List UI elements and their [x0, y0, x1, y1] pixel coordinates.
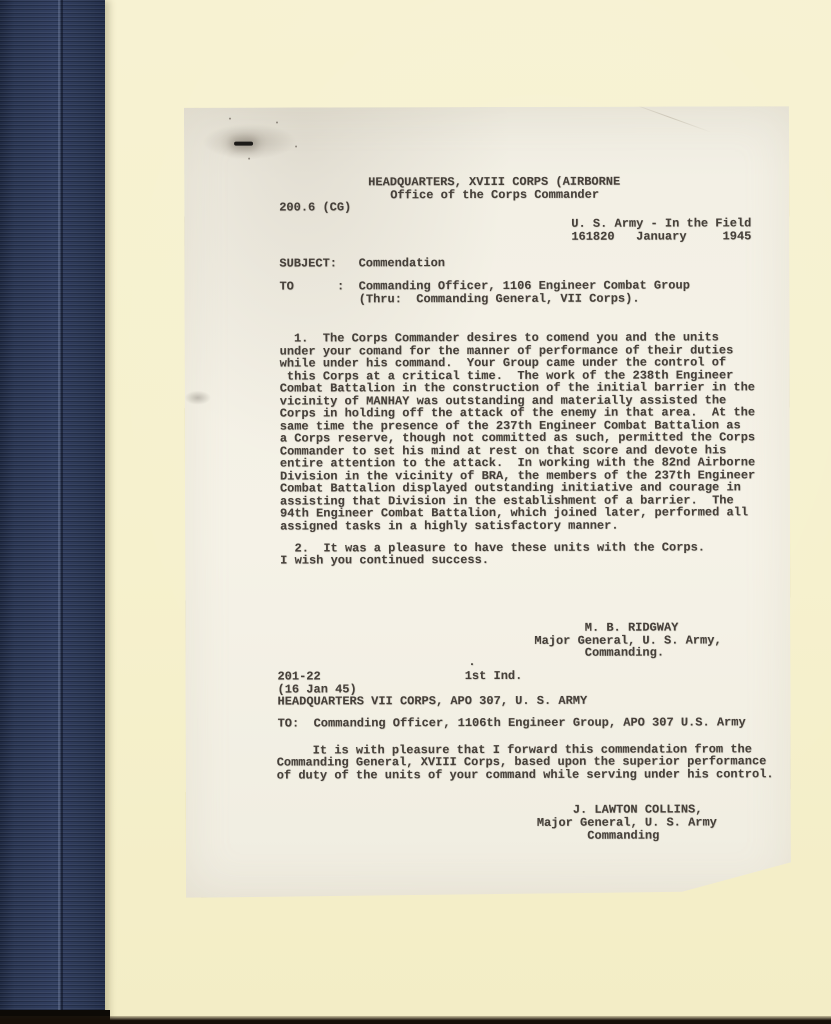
indorsement-to-line: TO: Commanding Officer, 1106th Engineer … [278, 716, 746, 730]
file-number: 200.6 (CG) [279, 201, 351, 214]
signature-block-collins: J. LAWTON COLLINS, Major General, U. S. … [537, 803, 717, 843]
addressee-block: TO : Commanding Officer, 1106 Engineer C… [279, 279, 690, 305]
body-paragraph-2: 2. It was a pleasure to have these units… [280, 541, 705, 567]
paper-crease [626, 101, 711, 133]
paper-speck [229, 118, 231, 120]
binding-strip [0, 0, 105, 1024]
scanned-album-page: HEADQUARTERS, XVIII CORPS (AIRBORNE Offi… [0, 0, 831, 1024]
separator-dot: . [468, 656, 475, 668]
body-paragraph-1: 1. The Corps Commander desires to comend… [280, 331, 756, 532]
place-date-block: U. S. Army - In the Field 161820 January… [571, 217, 751, 243]
letterhead-line2: Office of the Corps Commander [390, 189, 599, 202]
binding-seam [58, 0, 63, 1024]
edge-smudge [185, 391, 211, 405]
subject-line: SUBJECT: Commendation [279, 257, 445, 270]
indorsement-header-block: 201-22 1st Ind. (16 Jan 45) HEADQUARTERS… [277, 670, 587, 708]
photo-dash-mark [234, 142, 253, 146]
paper-crease [676, 865, 798, 897]
indorsement-body: It is with pleasure that I forward this … [277, 743, 774, 782]
signature-block-ridgway: M. B. RIDGWAY Major General, U. S. Army,… [534, 621, 721, 660]
letter-paper: HEADQUARTERS, XVIII CORPS (AIRBORNE Offi… [184, 106, 791, 898]
paper-speck [276, 122, 278, 124]
paper-speck [248, 158, 250, 160]
scan-bottom-edge [0, 1016, 831, 1024]
paper-speck [295, 145, 297, 147]
